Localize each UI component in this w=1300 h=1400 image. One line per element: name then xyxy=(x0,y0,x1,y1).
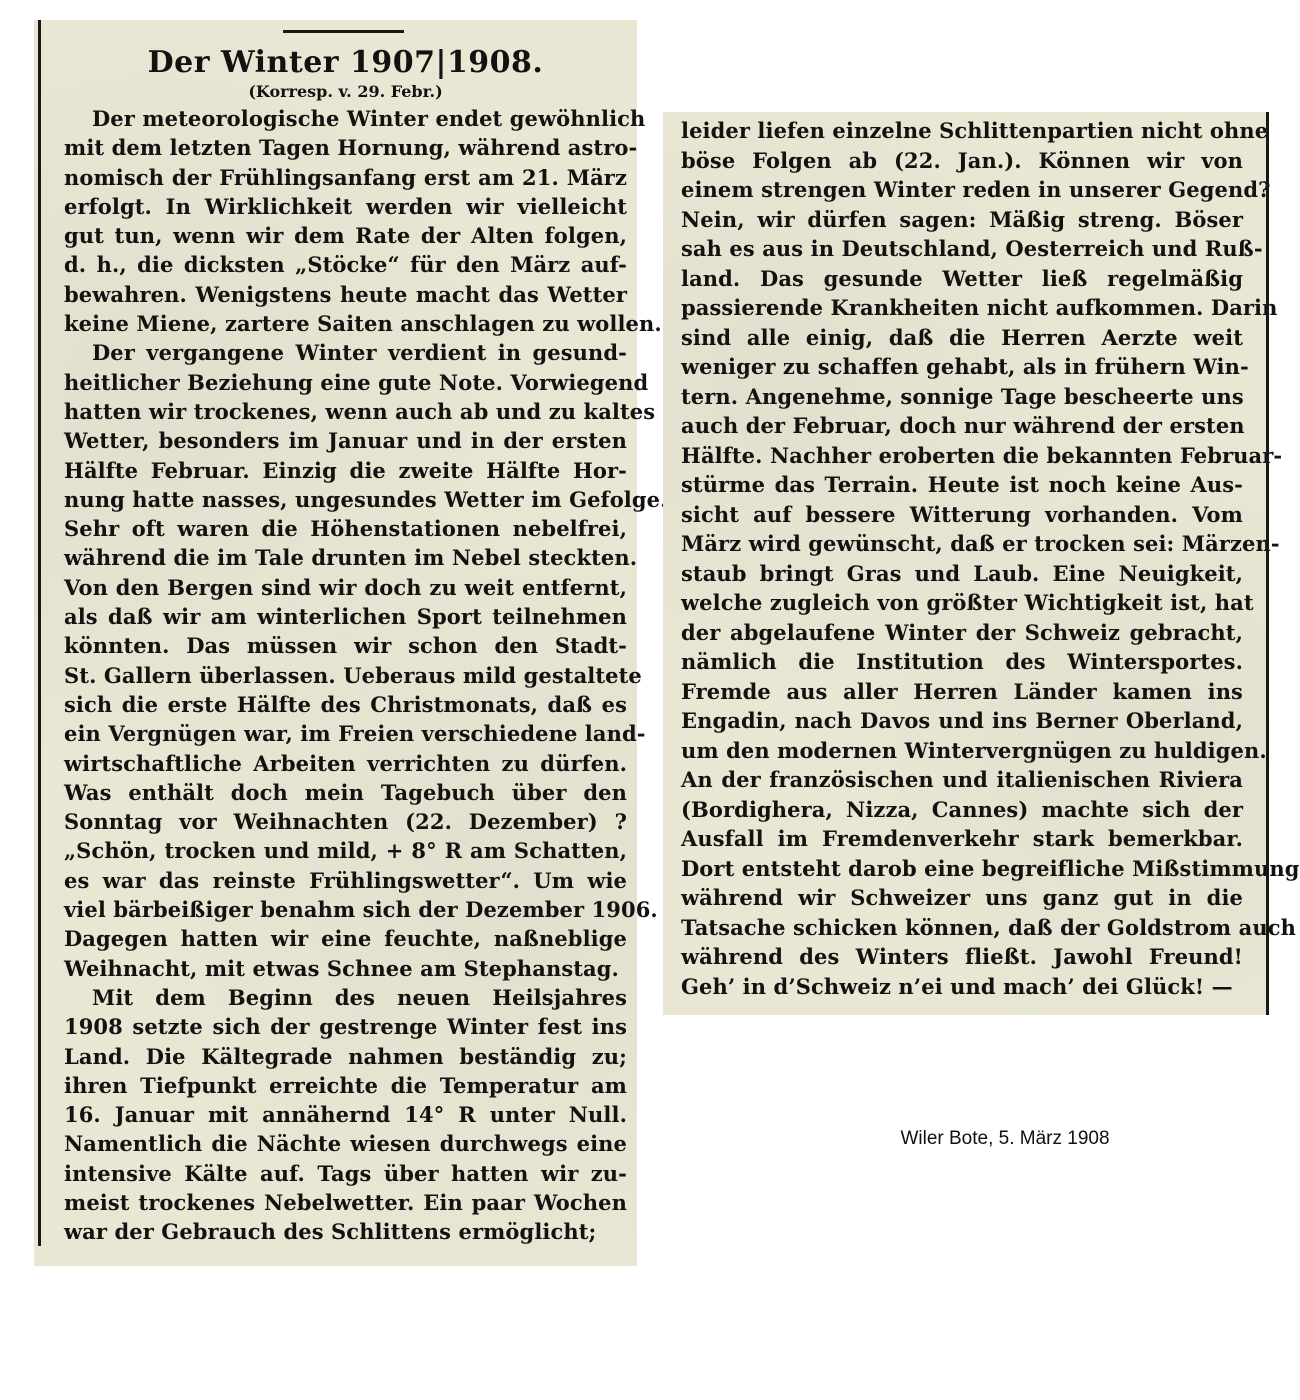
text-line: Tatsache schicken können, daß der Goldst… xyxy=(681,913,1243,943)
source-caption: Wiler Bote, 5. März 1908 xyxy=(830,1128,1180,1150)
text-line: Sehr oft waren die Höhenstationen nebelf… xyxy=(64,514,627,543)
text-line: nomisch der Frühlingsanfang erst am 21. … xyxy=(64,163,627,192)
text-line: hatten wir trockenes, wenn auch ab und z… xyxy=(64,397,627,426)
text-line: Der vergangene Winter verdient in gesund… xyxy=(64,338,627,367)
text-line: ein Vergnügen war, im Freien verschieden… xyxy=(64,719,627,748)
text-line: Dagegen hatten wir eine feuchte, naßnebl… xyxy=(64,924,627,953)
text-line: land. Das gesunde Wetter ließ regelmäßig xyxy=(681,264,1243,294)
text-line: um den modernen Wintervergnügen zu huldi… xyxy=(681,736,1243,766)
text-line: passierende Krankheiten nicht aufkommen.… xyxy=(681,293,1243,323)
text-line: stürme das Terrain. Heute ist noch keine… xyxy=(681,470,1243,500)
text-line: erfolgt. In Wirklichkeit werden wir viel… xyxy=(64,192,627,221)
text-line: leider liefen einzelne Schlittenpartien … xyxy=(681,116,1243,146)
text-line: auch der Februar, doch nur während der e… xyxy=(681,411,1243,441)
text-line: d. h., die dicksten „Stöcke“ für den Mär… xyxy=(64,250,627,279)
text-line: (Bordighera, Nizza, Cannes) machte sich … xyxy=(681,795,1243,825)
text-line: Was enthält doch mein Tagebuch über den xyxy=(64,778,627,807)
text-line: staub bringt Gras und Laub. Eine Neuigke… xyxy=(681,559,1243,589)
text-line: intensive Kälte auf. Tags über hatten wi… xyxy=(64,1159,627,1188)
text-line: wirtschaftliche Arbeiten verrichten zu d… xyxy=(64,749,627,778)
text-line: Weihnacht, mit etwas Schnee am Stephanst… xyxy=(64,954,627,983)
text-line: Der meteorologische Winter endet gewöhnl… xyxy=(64,104,627,133)
article-title: Der Winter 1907|1908. xyxy=(64,44,627,82)
clipping-left-column: Der Winter 1907|1908. (Korresp. v. 29. F… xyxy=(34,20,637,1266)
text-line: während des Winters fließt. Jawohl Freun… xyxy=(681,942,1243,972)
text-line: Ausfall im Fremdenverkehr stark bemerkba… xyxy=(681,824,1243,854)
text-line: es war das reinste Frühlingswetter“. Um … xyxy=(64,866,627,895)
text-line: während die im Tale drunten im Nebel ste… xyxy=(64,543,627,572)
text-line: ihren Tiefpunkt erreichte die Temperatur… xyxy=(64,1071,627,1100)
text-line: der abgelaufene Winter der Schweiz gebra… xyxy=(681,618,1243,648)
text-line: Mit dem Beginn des neuen Heilsjahres xyxy=(64,983,627,1012)
text-line: keine Miene, zartere Saiten anschlagen z… xyxy=(64,309,627,338)
text-line: während wir Schweizer uns ganz gut in di… xyxy=(681,883,1243,913)
text-line: weniger zu schaffen gehabt, als in frühe… xyxy=(681,352,1243,382)
text-line: 1908 setzte sich der gestrenge Winter fe… xyxy=(64,1012,627,1041)
clipping-right-column: leider liefen einzelne Schlittenpartien … xyxy=(663,112,1269,1015)
text-line: könnten. Das müssen wir schon den Stadt- xyxy=(64,631,627,660)
article-subtitle: (Korresp. v. 29. Febr.) xyxy=(64,82,627,102)
text-line: Hälfte. Nachher eroberten die bekannten … xyxy=(681,441,1243,471)
text-line: heitlicher Beziehung eine gute Note. Vor… xyxy=(64,368,627,397)
text-line: mit dem letzten Tagen Hornung, während a… xyxy=(64,133,627,162)
text-line: Wetter, besonders im Januar und in der e… xyxy=(64,426,627,455)
text-line: nämlich die Institution des Wintersporte… xyxy=(681,647,1243,677)
text-line: St. Gallern überlassen. Ueberaus mild ge… xyxy=(64,661,627,690)
text-line: Geh’ in d’Schweiz n’ei und mach’ dei Glü… xyxy=(681,972,1243,1002)
text-line: meist trockenes Nebelwetter. Ein paar Wo… xyxy=(64,1188,627,1217)
text-line: Sonntag vor Weihnachten (22. Dezember) ? xyxy=(64,807,627,836)
text-line: Namentlich die Nächte wiesen durchwegs e… xyxy=(64,1129,627,1158)
text-line: „Schön, trocken und mild, + 8° R am Scha… xyxy=(64,836,627,865)
text-line: An der französischen und italienischen R… xyxy=(681,765,1243,795)
text-line: Von den Bergen sind wir doch zu weit ent… xyxy=(64,573,627,602)
text-line: sah es aus in Deutschland, Oesterreich u… xyxy=(681,234,1243,264)
text-line: Land. Die Kältegrade nahmen beständig zu… xyxy=(64,1042,627,1071)
text-line: sind alle einig, daß die Herren Aerzte w… xyxy=(681,323,1243,353)
text-line: tern. Angenehme, sonnige Tage bescheerte… xyxy=(681,382,1243,412)
text-line: sich die erste Hälfte des Christmonats, … xyxy=(64,690,627,719)
text-line: viel bärbeißiger benahm sich der Dezembe… xyxy=(64,895,627,924)
column-rule xyxy=(1266,112,1269,1015)
column-rule xyxy=(38,20,41,1246)
right-column-text: leider liefen einzelne Schlittenpartien … xyxy=(681,116,1243,1001)
text-line: nung hatte nasses, ungesundes Wetter im … xyxy=(64,485,627,514)
text-line: gut tun, wenn wir dem Rate der Alten fol… xyxy=(64,221,627,250)
text-line: war der Gebrauch des Schlittens ermöglic… xyxy=(64,1217,627,1246)
text-line: böse Folgen ab (22. Jan.). Können wir vo… xyxy=(681,146,1243,176)
text-line: Nein, wir dürfen sagen: Mäßig streng. Bö… xyxy=(681,205,1243,235)
text-line: März wird gewünscht, daß er trocken sei:… xyxy=(681,529,1243,559)
text-line: Engadin, nach Davos und ins Berner Oberl… xyxy=(681,706,1243,736)
text-line: Fremde aus aller Herren Länder kamen ins xyxy=(681,677,1243,707)
left-column-text: Der meteorologische Winter endet gewöhnl… xyxy=(64,104,627,1247)
text-line: einem strengen Winter reden in unserer G… xyxy=(681,175,1243,205)
text-line: Dort entsteht darob eine begreifliche Mi… xyxy=(681,854,1243,884)
text-line: 16. Januar mit annähernd 14° R unter Nul… xyxy=(64,1100,627,1129)
headline-rule xyxy=(283,30,404,33)
text-line: sicht auf bessere Witterung vorhanden. V… xyxy=(681,500,1243,530)
text-line: bewahren. Wenigstens heute macht das Wet… xyxy=(64,280,627,309)
text-line: welche zugleich von größter Wichtigkeit … xyxy=(681,588,1243,618)
text-line: als daß wir am winterlichen Sport teilne… xyxy=(64,602,627,631)
text-line: Hälfte Februar. Einzig die zweite Hälfte… xyxy=(64,456,627,485)
